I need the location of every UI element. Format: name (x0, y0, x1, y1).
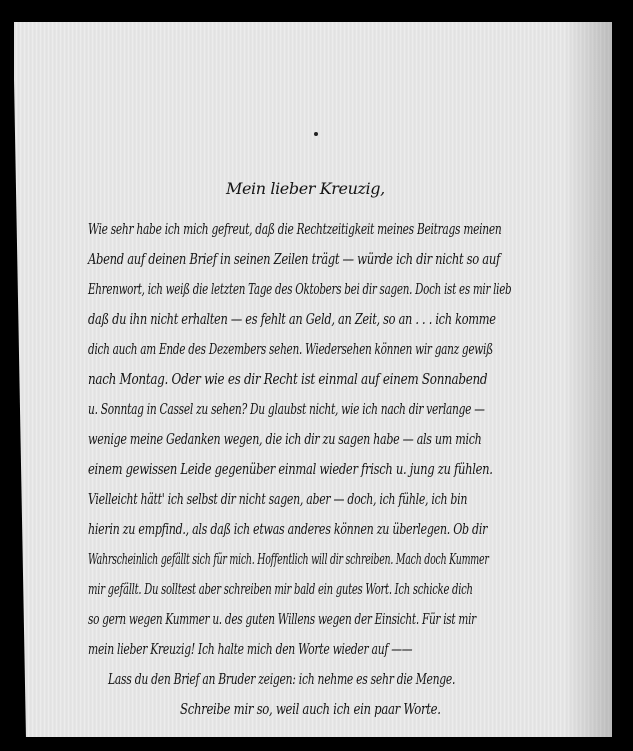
letter-line: Schreibe mir so, weil auch ich ein paar … (180, 700, 441, 718)
letter-line: wenige meine Gedanken wegen, die ich dir… (88, 430, 481, 448)
letter-line: nach Montag. Oder wie es dir Recht ist e… (88, 370, 487, 388)
ink-mark (314, 132, 318, 136)
letter-line: Wahrscheinlich gefällt sich für mich. Ho… (88, 550, 489, 568)
letter-line: so gern wegen Kummer u. des guten Willen… (88, 610, 476, 628)
letter-line: Ehrenwort, ich weiß die letzten Tage des… (88, 280, 511, 298)
letter-line: hierin zu empfind., als daß ich etwas an… (88, 520, 487, 538)
letter-line: Abend auf deinen Brief in seinen Zeilen … (88, 250, 500, 268)
letter-line: u. Sonntag in Cassel zu sehen? Du glaubs… (88, 400, 485, 418)
letter-line: Wie sehr habe ich mich gefreut, daß die … (88, 220, 501, 238)
letter-line: mein lieber Kreuzig! Ich halte mich den … (88, 640, 412, 658)
letter-line: daß du ihn nicht erhalten — es fehlt an … (88, 310, 496, 328)
letter-line: einem gewissen Leide gegenüber einmal wi… (88, 460, 493, 478)
letter-page: Mein lieber Kreuzig, Wie sehr habe ich m… (14, 22, 612, 737)
letter-line: dich auch am Ende des Dezembers sehen. W… (88, 340, 493, 358)
letter-line: Lass du den Brief an Bruder zeigen: ich … (108, 670, 455, 688)
letter-salutation: Mein lieber Kreuzig, (226, 179, 385, 198)
letter-line: Vielleicht hätt' ich selbst dir nicht sa… (88, 490, 467, 508)
letter-line: mir gefällt. Du solltest aber schreiben … (88, 580, 473, 598)
